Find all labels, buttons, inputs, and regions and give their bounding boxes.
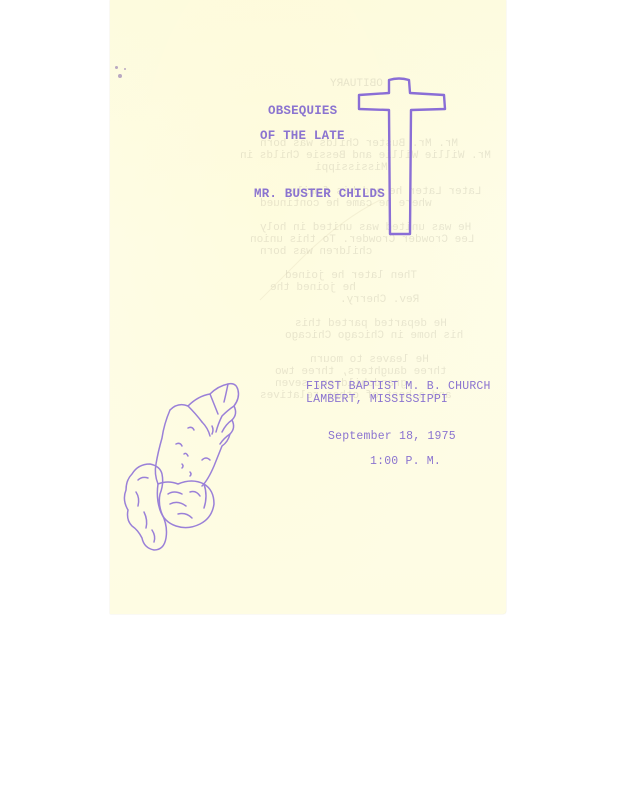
- ink-smudge: [124, 68, 126, 70]
- praying-hands-icon: [118, 380, 248, 555]
- scanned-page: OBITUARY Mr. Mr. Buster Childs was born …: [0, 0, 618, 800]
- service-date: September 18, 1975: [328, 430, 456, 443]
- title-of-the-late: OF THE LATE: [260, 129, 345, 143]
- ink-smudge: [115, 66, 118, 69]
- title-obsequies: OBSEQUIES: [268, 104, 337, 118]
- church-name: FIRST BAPTIST M. B. CHURCH: [306, 380, 491, 393]
- ghost-line: three daughters, three two: [275, 366, 447, 378]
- ghost-line: He departed parted this: [295, 318, 447, 330]
- ghost-line: his home in Chicago Chicago: [285, 330, 463, 342]
- program-paper: OBITUARY Mr. Mr. Buster Childs was born …: [110, 0, 506, 614]
- ink-smudge: [118, 74, 122, 78]
- paper-crease: [260, 200, 380, 300]
- service-time: 1:00 P. M.: [370, 455, 441, 468]
- ghost-line: He leaves to mourn: [310, 354, 429, 366]
- church-location: LAMBERT, MISSISSIPPI: [306, 393, 448, 406]
